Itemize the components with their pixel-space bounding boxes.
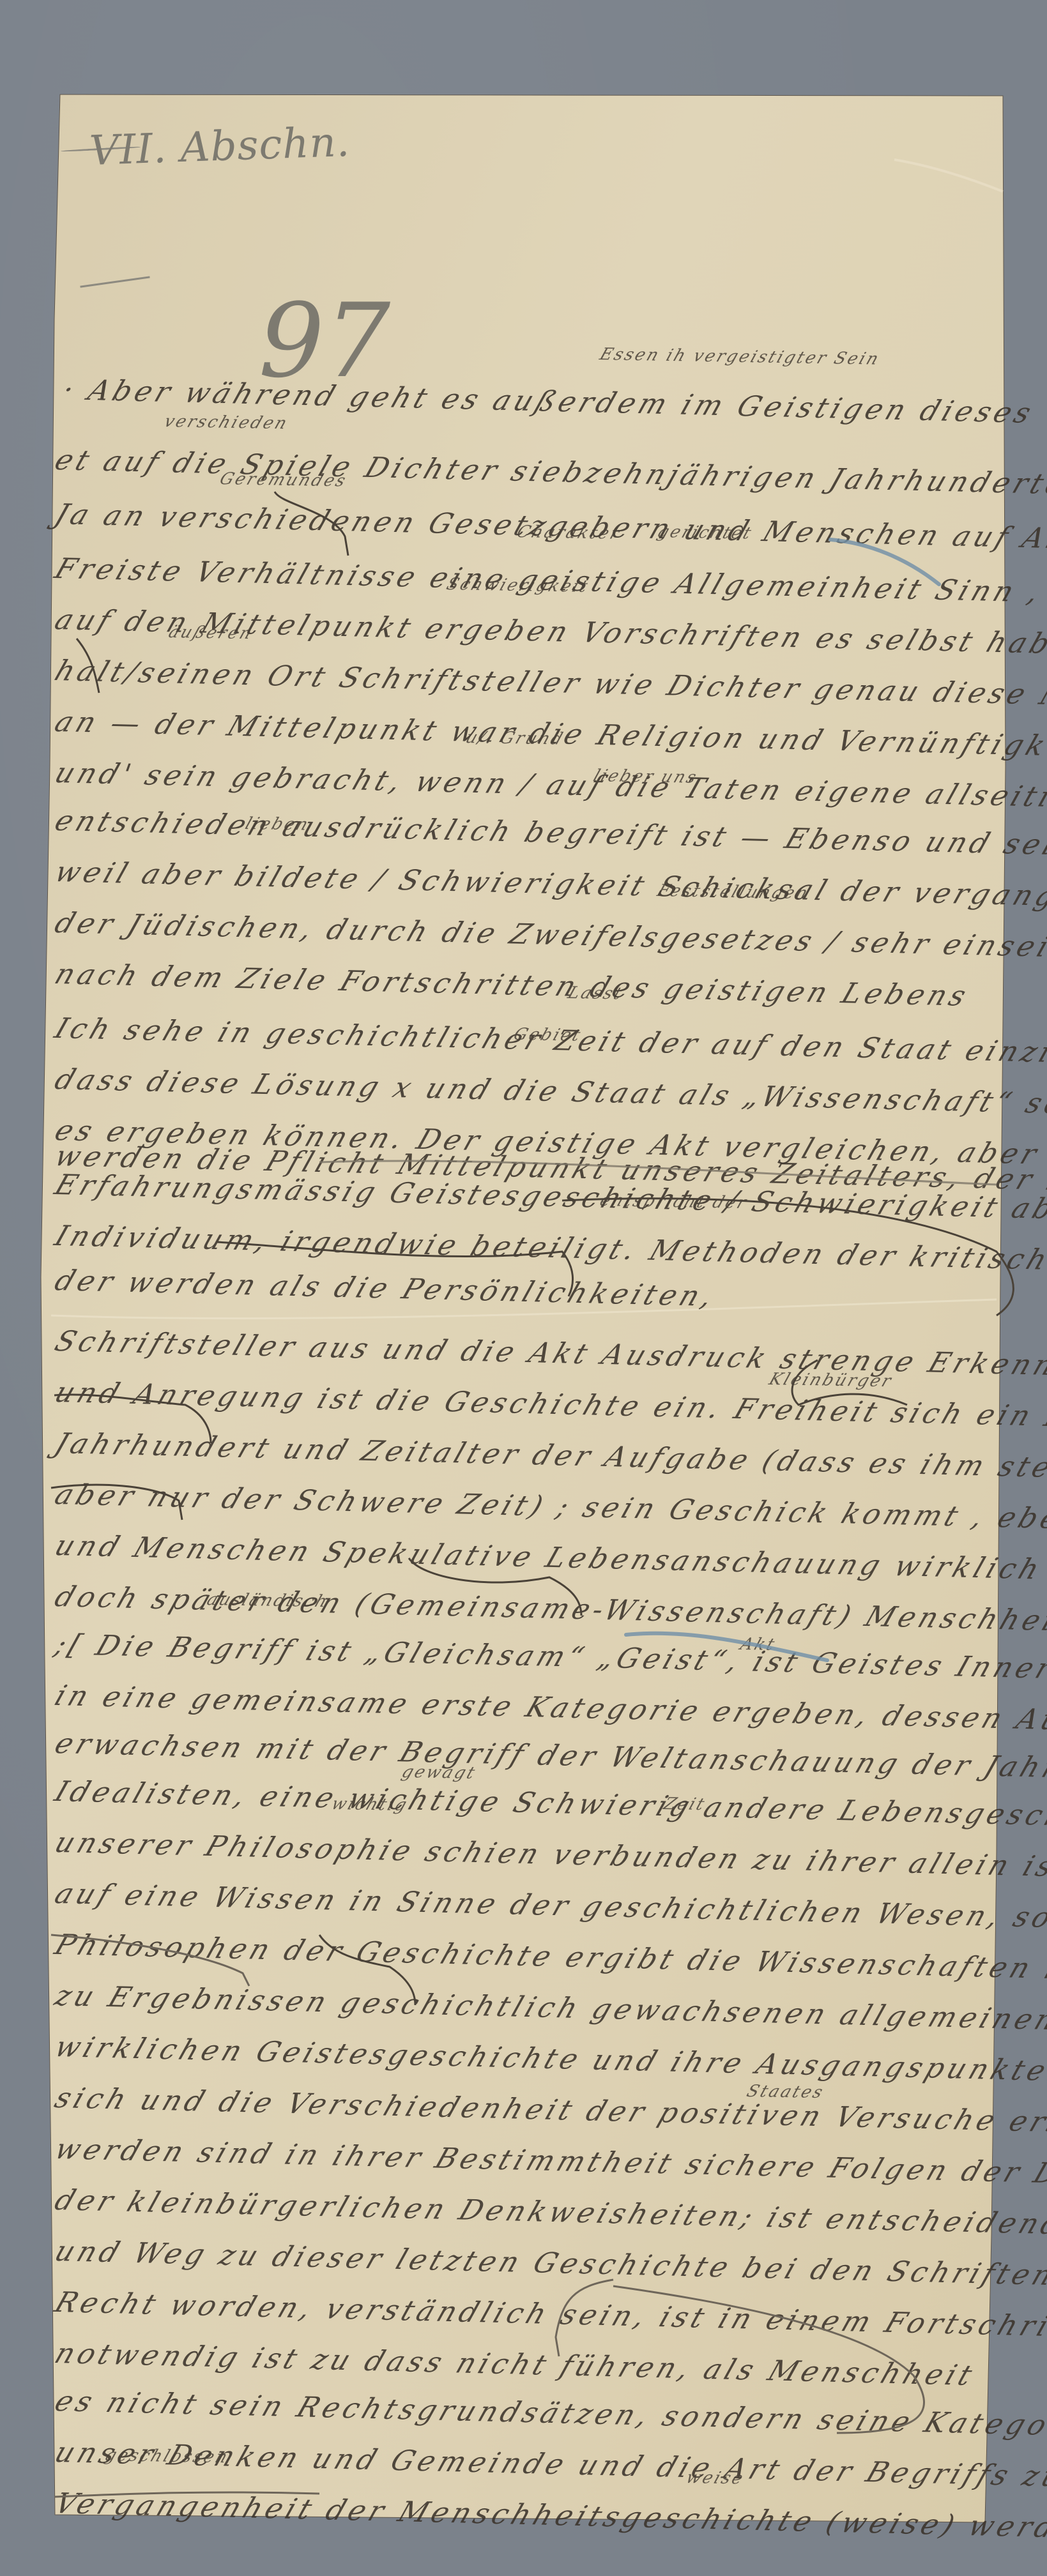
interlinear-insertion: entspricht der: [597, 1191, 751, 1213]
manuscript-line: Recht worden, verständlich sein, ist in …: [50, 2286, 1047, 2347]
manuscript-line: dass diese Lösung x und die Staat als „W…: [50, 1063, 1047, 1123]
interlinear-insertion: Gebiet: [511, 1025, 585, 1045]
interlinear-insertion: Schwierigkeit: [444, 575, 592, 596]
manuscript-line: Philosophen der Geschichte ergibt die Wi…: [50, 1928, 1047, 1990]
interlinear-insertion: Feststellungen: [655, 881, 812, 903]
interlinear-insertion: Essen ih vergeistigter Sein: [597, 345, 883, 368]
interlinear-insertion: lieben: [243, 814, 312, 835]
manuscript-line: und Weg zu dieser letzten Geschichte bei…: [50, 2235, 1047, 2295]
interlinear-insertion: lieber uns: [591, 766, 701, 787]
manuscript-line: und' sein gebracht, wenn / auf die Taten…: [50, 757, 1047, 814]
manuscript-line: der Jüdischen, durch die Zweifelsgesetze…: [50, 907, 1047, 965]
manuscript-line: zu Ergebnissen geschichtlich gewachsenen…: [50, 1980, 1047, 2042]
interlinear-insertion: Geremundes: [217, 469, 350, 490]
interlinear-insertion: geschlossen: [102, 2446, 232, 2467]
interlinear-insertion: Lasst: [565, 983, 626, 1003]
manuscript-line: und Anregung ist die Geschichte ein. Fre…: [50, 1376, 1047, 1439]
interlinear-insertion: Kleinbürger: [767, 1370, 896, 1391]
manuscript-line: Idealisten, eine wichtige Schwierig ande…: [50, 1775, 1047, 1835]
manuscript-line: et auf die Spiele Dichter siebzehnjährig…: [50, 444, 1047, 501]
manuscript-line: unserer Philosophie schien verbunden zu …: [50, 1826, 1047, 1890]
interlinear-insertion: äußeren: [166, 623, 256, 643]
interlinear-insertion: Staates: [744, 2082, 827, 2102]
manuscript-line: und Menschen Spekulative Lebensanschauun…: [50, 1529, 1047, 1589]
manuscript-line: halt/seinen Ort Schriftsteller wie Dicht…: [50, 655, 1047, 715]
interlinear-insertion: Akt: [738, 1635, 779, 1655]
manuscript-line: Schriftsteller aus und die Akt Ausdruck …: [50, 1325, 1047, 1384]
manuscript-line: Vergangenheit der Menschheitsgeschichte …: [50, 2487, 1047, 2545]
interlinear-insertion: ausländisch: [204, 1590, 332, 1611]
manuscript-line: entschieden ausdrücklich begreift ist — …: [50, 805, 1047, 863]
interlinear-insertion: wichtig: [329, 1794, 411, 1815]
interlinear-insertion: weise: [684, 2468, 747, 2488]
manuscript-line: weil aber bildete / Schwierigkeit Schick…: [50, 856, 1047, 918]
interlinear-insertion: u/. Grund: [463, 728, 567, 748]
manuscript-page: VII. Abschn. 97 · Aber während geht es a…: [0, 0, 1047, 2576]
manuscript-line: der werden als die Persönlichkeiten,: [50, 1264, 721, 1313]
manuscript-line: nach dem Ziele Fortschritten des geistig…: [50, 958, 974, 1012]
manuscript-text: · Aber während geht es außerdem im Geist…: [0, 0, 1047, 2576]
interlinear-insertion: gewagt: [399, 1762, 479, 1783]
manuscript-line: notwendig ist zu dass nicht führen, als …: [50, 2337, 980, 2392]
interlinear-insertion: verschieden: [162, 412, 291, 433]
manuscript-line: aber nur der Schwere Zeit) ; sein Geschi…: [50, 1478, 1047, 1540]
interlinear-insertion: Charakter: [514, 522, 623, 543]
manuscript-line: Jahrhundert und Zeitalter der Aufgabe (d…: [50, 1427, 1047, 1485]
interlinear-insertion: gerichtet: [655, 522, 756, 543]
interlinear-insertion: Zeit: [661, 1794, 708, 1814]
manuscript-line: werden sind in ihrer Bestimmtheit sicher…: [50, 2133, 1047, 2193]
